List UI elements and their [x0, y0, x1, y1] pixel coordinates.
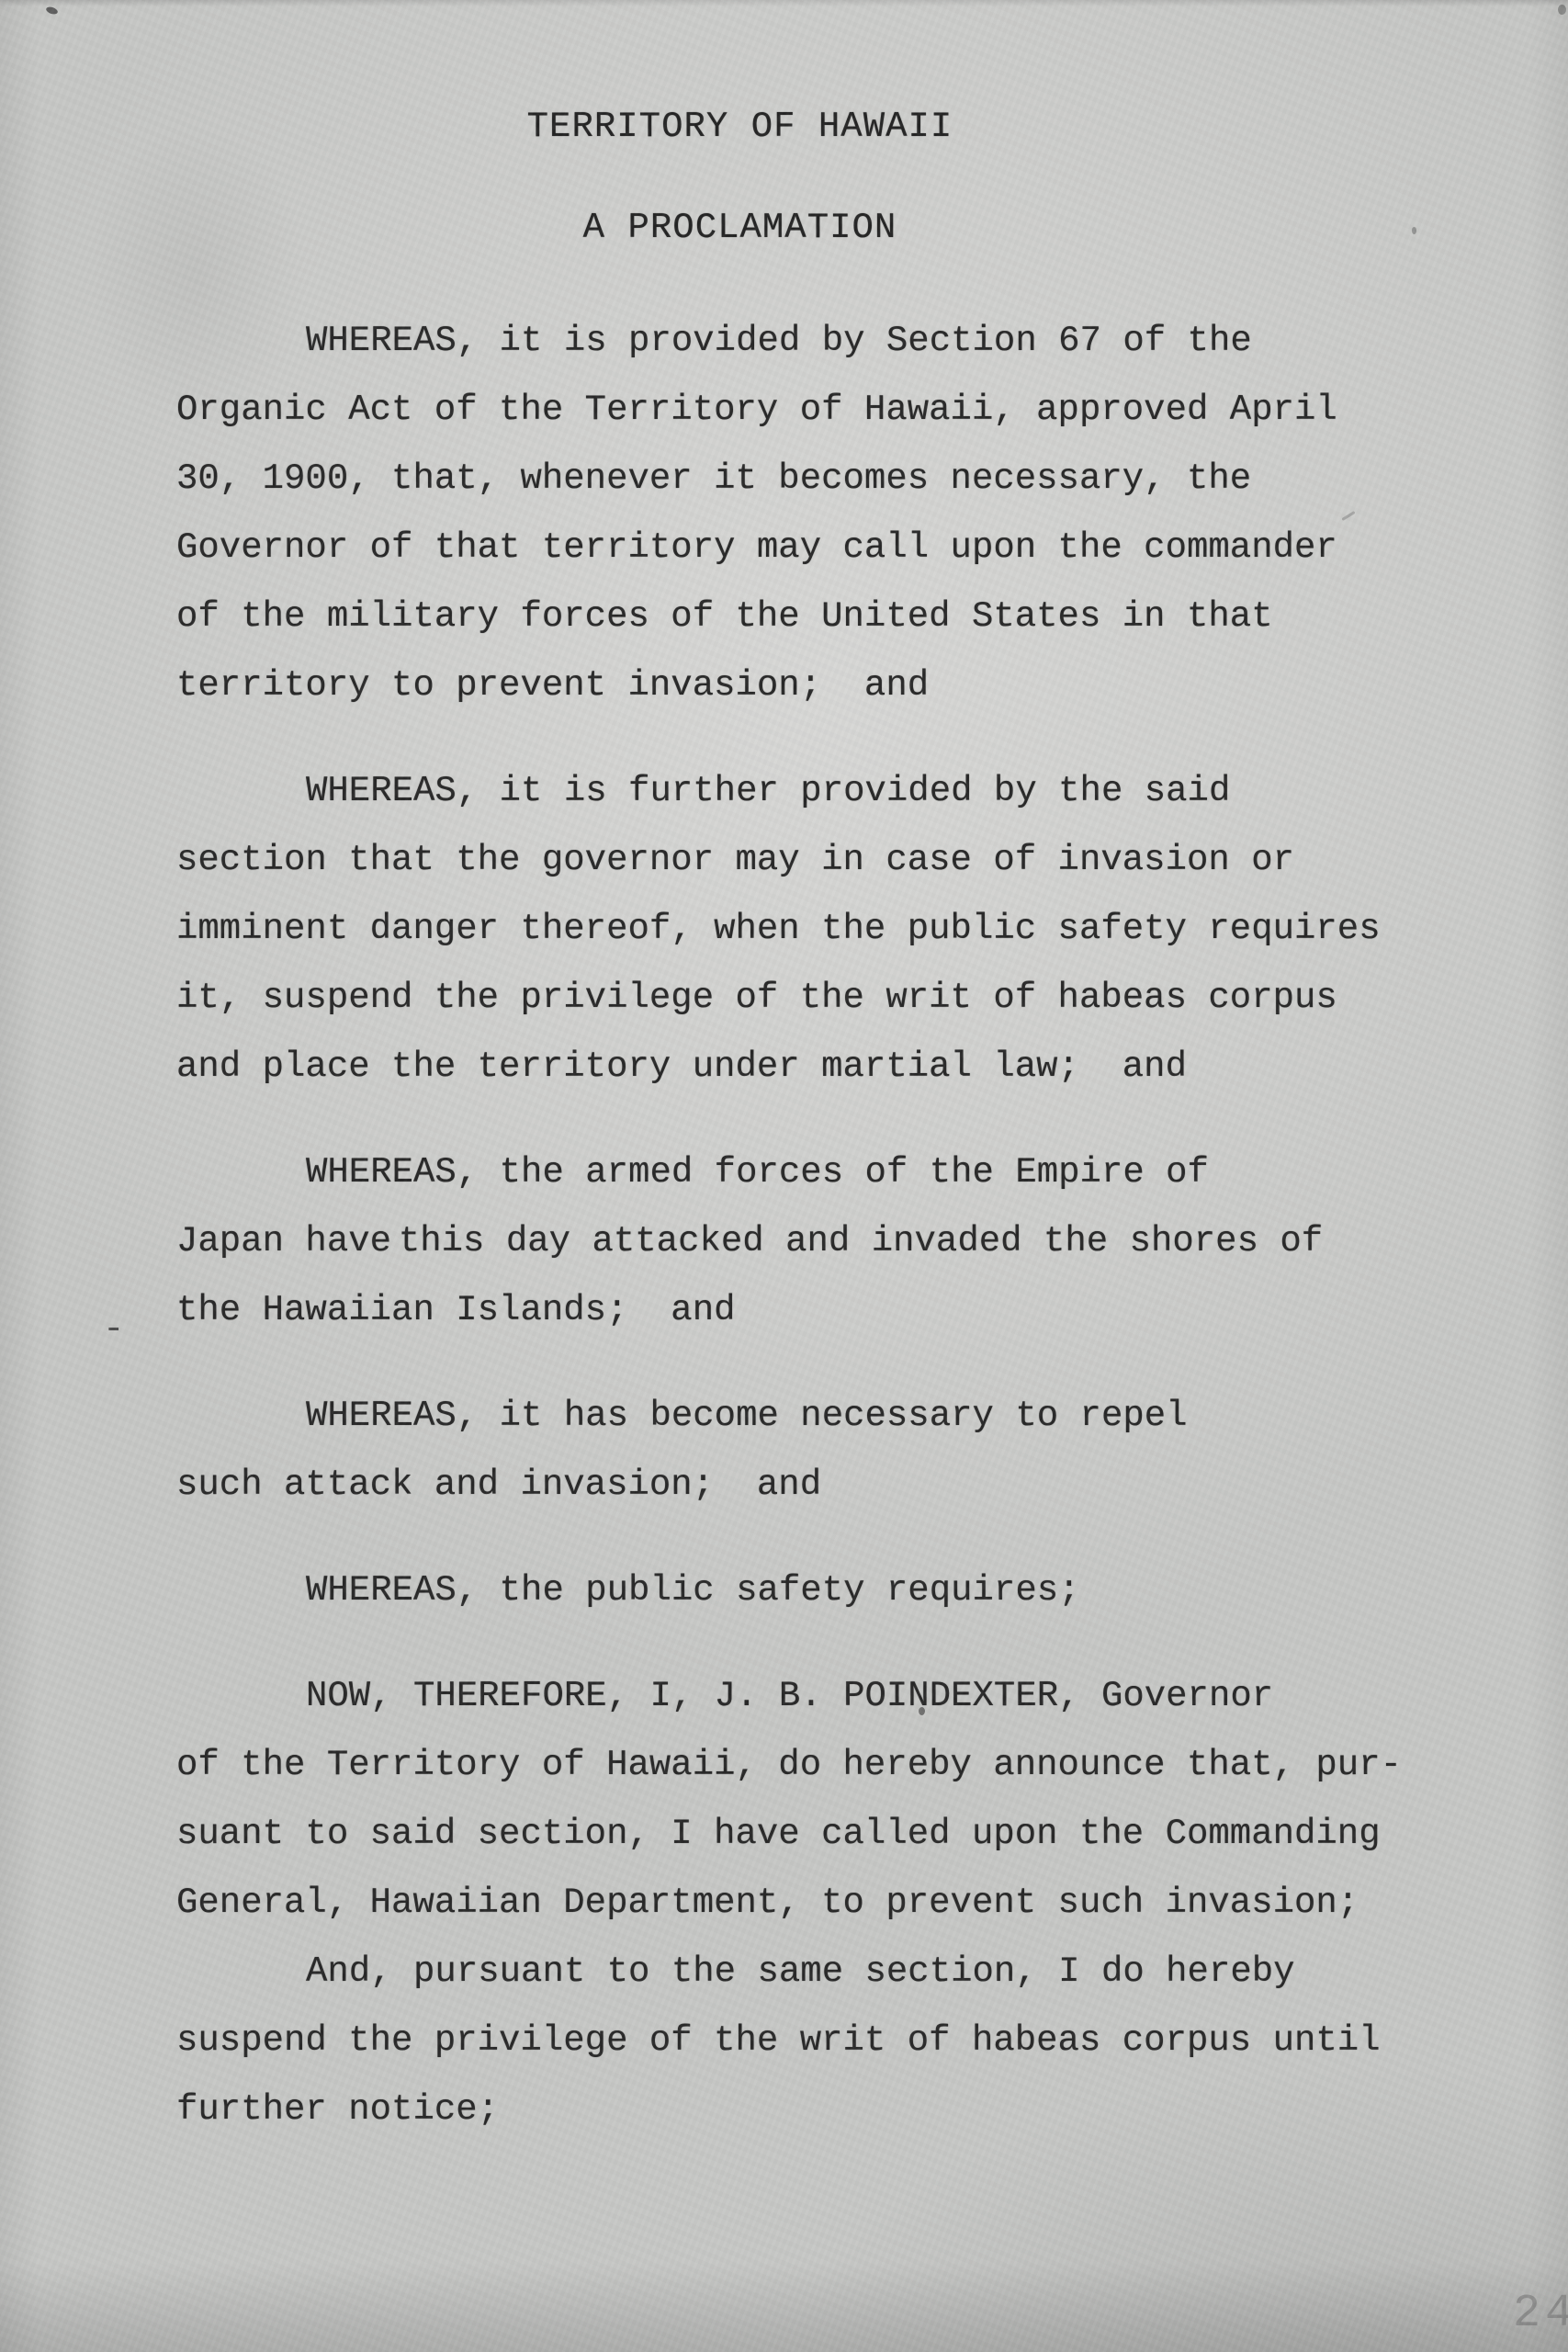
paragraph: WHEREAS, the public safety requires; — [176, 1556, 1568, 1625]
paragraph: WHEREAS, the armed forces of the Empire … — [176, 1138, 1568, 1345]
document-page: TERRITORY OF HAWAII A PROCLAMATION WHERE… — [0, 0, 1568, 2352]
text-line: imminent danger thereof, when the public… — [176, 895, 1568, 964]
text-line: such attack and invasion; and — [176, 1451, 1568, 1520]
text-line: WHEREAS, the public safety requires; — [176, 1556, 1568, 1625]
margin-dash-artifact: - — [103, 1295, 124, 1364]
document-title: TERRITORY OF HAWAII — [0, 105, 1524, 149]
text-line: NOW, THEREFORE, I, J. B. POINDEXTER, Gov… — [176, 1662, 1568, 1731]
text-line: WHEREAS, it is further provided by the s… — [176, 757, 1568, 826]
scan-speck — [1558, 5, 1566, 15]
paragraph: WHEREAS, it has become necessary to repe… — [176, 1382, 1568, 1520]
paragraph: And, pursuant to the same section, I do … — [176, 1938, 1568, 2144]
paragraph: WHEREAS, it is further provided by the s… — [176, 757, 1568, 1102]
text-line: of the Territory of Hawaii, do hereby an… — [176, 1731, 1568, 1800]
text-line: territory to prevent invasion; and — [176, 651, 1568, 720]
document-body: WHEREAS, it is provided by Section 67 of… — [176, 307, 1568, 2144]
text-line: WHEREAS, the armed forces of the Empire … — [176, 1138, 1568, 1207]
text-line: Governor of that territory may call upon… — [176, 514, 1568, 582]
paragraph: WHEREAS, it is provided by Section 67 of… — [176, 307, 1568, 720]
text-line: General, Hawaiian Department, to prevent… — [176, 1869, 1568, 1938]
paragraph: NOW, THEREFORE, I, J. B. POINDEXTER, Gov… — [176, 1662, 1568, 1938]
document-subtitle: A PROCLAMATION — [0, 206, 1524, 250]
text-line: Organic Act of the Territory of Hawaii, … — [176, 376, 1568, 445]
text-line: WHEREAS, it has become necessary to repe… — [176, 1382, 1568, 1451]
text-line: section that the governor may in case of… — [176, 826, 1568, 895]
page-number: 24 — [1513, 2288, 1568, 2340]
text-line: 30, 1900, that, whenever it becomes nece… — [176, 445, 1568, 514]
text-line: of the military forces of the United Sta… — [176, 582, 1568, 651]
text-line: and place the territory under martial la… — [176, 1033, 1568, 1102]
document-header: TERRITORY OF HAWAII A PROCLAMATION — [0, 0, 1524, 250]
text-line: Japan have this day attacked and invaded… — [176, 1207, 1568, 1276]
text-line: And, pursuant to the same section, I do … — [176, 1938, 1568, 2007]
text-line: WHEREAS, it is provided by Section 67 of… — [176, 307, 1568, 376]
text-line: suspend the privilege of the writ of hab… — [176, 2007, 1568, 2075]
text-line: it, suspend the privilege of the writ of… — [176, 964, 1568, 1033]
text-line: suant to said section, I have called upo… — [176, 1800, 1568, 1869]
text-line: further notice; — [176, 2075, 1568, 2144]
text-line: the Hawaiian Islands; and — [176, 1276, 1568, 1345]
